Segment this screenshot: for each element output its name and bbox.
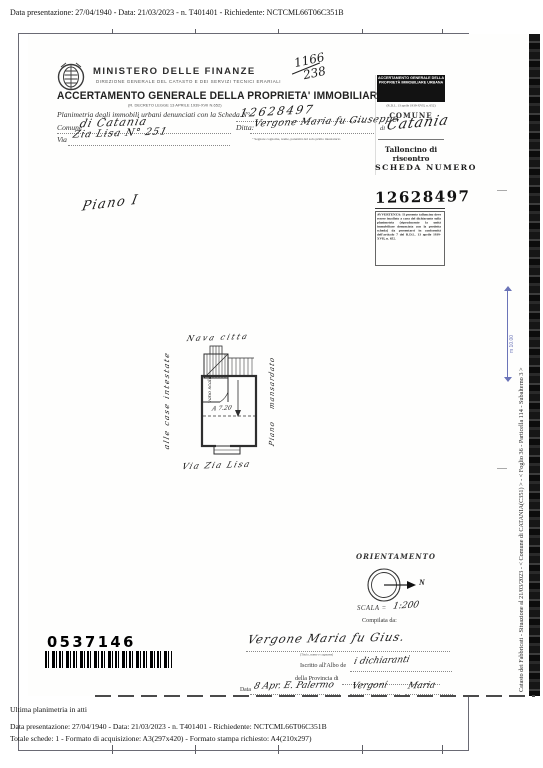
plan-label-right-lower: Piano [268, 420, 276, 447]
signature-rule [250, 694, 340, 695]
scale-bar-label: m 10.00 [509, 335, 515, 353]
extra-signature-1: Vergoni [351, 680, 389, 691]
scan-paper-edge [95, 695, 535, 697]
scala-value-handwritten: 1:200 [392, 600, 420, 611]
form-rule [68, 145, 230, 146]
compilata-label: Compilata da: [362, 617, 397, 624]
avvertenza-text: AVVERTENZA: Il presente talloncino deve … [376, 212, 442, 242]
ministry-title: MINISTERO DELLE FINANZE [93, 66, 256, 77]
extra-signature-2: Maria [407, 680, 437, 691]
form-footnote: " Segnare cognome, nome, paternità del s… [252, 137, 382, 141]
frame-tick [278, 745, 279, 754]
frame-tick [442, 745, 443, 754]
albo-label: Iscritto all'Albo de [300, 662, 346, 669]
scale-bar [507, 290, 508, 378]
signature-rule [350, 671, 452, 672]
avvertenza-box: AVVERTENZA: Il presente talloncino deve … [375, 211, 445, 266]
plan-label-right-upper: mansardato [268, 356, 276, 410]
frame-tick [362, 745, 363, 754]
footer-note: Ultima planimetria in atti [10, 705, 87, 714]
data-label: Data [240, 687, 251, 693]
scale-bar-arrow-up [504, 286, 512, 291]
barcode-bars [45, 651, 172, 668]
barcode-number: 0537146 [47, 633, 136, 651]
talloncino-header-box: ACCERTAMENTO GENERALE DELLA PROPRIETÀ IM… [377, 75, 445, 102]
frame-tick [112, 745, 113, 754]
ministry-direction: DIREZIONE GENERALE DEL CATASTO E DEI SER… [96, 79, 376, 84]
talloncino-title2: DELLA [377, 157, 445, 161]
talloncino-rule [378, 139, 444, 140]
top-meta-line: Data presentazione: 27/04/1940 - Data: 2… [10, 8, 344, 17]
ditta-label: Ditta: [236, 123, 254, 132]
form-rule [250, 133, 374, 134]
talloncino-header: ACCERTAMENTO GENERALE DELLA PROPRIETÀ IM… [377, 75, 445, 85]
scala-label: SCALA = [357, 605, 387, 612]
data-value-handwritten: 8 Apr. E. Palermo [253, 680, 335, 691]
signature-rule [246, 651, 450, 652]
alignment-mark [497, 190, 507, 191]
via-label: Via [57, 135, 67, 144]
scale-bar-arrow-down [504, 377, 512, 382]
footer-line1: Data presentazione: 27/04/1940 - Data: 2… [10, 722, 327, 731]
signature-rule [350, 694, 400, 695]
talloncino-stamp-number: 12628497 [375, 187, 471, 207]
talloncino-header-note: (R.D.L. 13 aprile 1939-XVII, n. 652) [377, 104, 445, 108]
alignment-mark [497, 468, 507, 469]
scan-edge-band [529, 34, 540, 696]
north-label: N [419, 578, 425, 587]
stamp-underline [375, 208, 445, 209]
scanned-cadastral-page: Data presentazione: 27/04/1940 - Data: 2… [0, 0, 543, 768]
footer-line2: Totale schede: 1 - Formato di acquisizio… [10, 734, 311, 743]
albo-value-handwritten: i dichiaranti [353, 655, 411, 667]
side-caption-vertical: Catasto dei Fabbricati - Situazione al 2… [518, 368, 525, 692]
plan-label-left: alle case intestate [162, 351, 171, 451]
signature-rule [405, 694, 453, 695]
talloncino-title3: SCHEDA NUMERO [375, 163, 447, 172]
frame-tick [195, 745, 196, 754]
compiler-signature: Vergone Maria fu Gius. [246, 630, 407, 647]
talloncino-di-label: di [380, 125, 385, 132]
plan-label-inner: A 7.20 [211, 404, 232, 412]
orientation-title: ORIENTAMENTO [356, 552, 436, 561]
plan-label-inner-room: vano scala [207, 376, 213, 403]
